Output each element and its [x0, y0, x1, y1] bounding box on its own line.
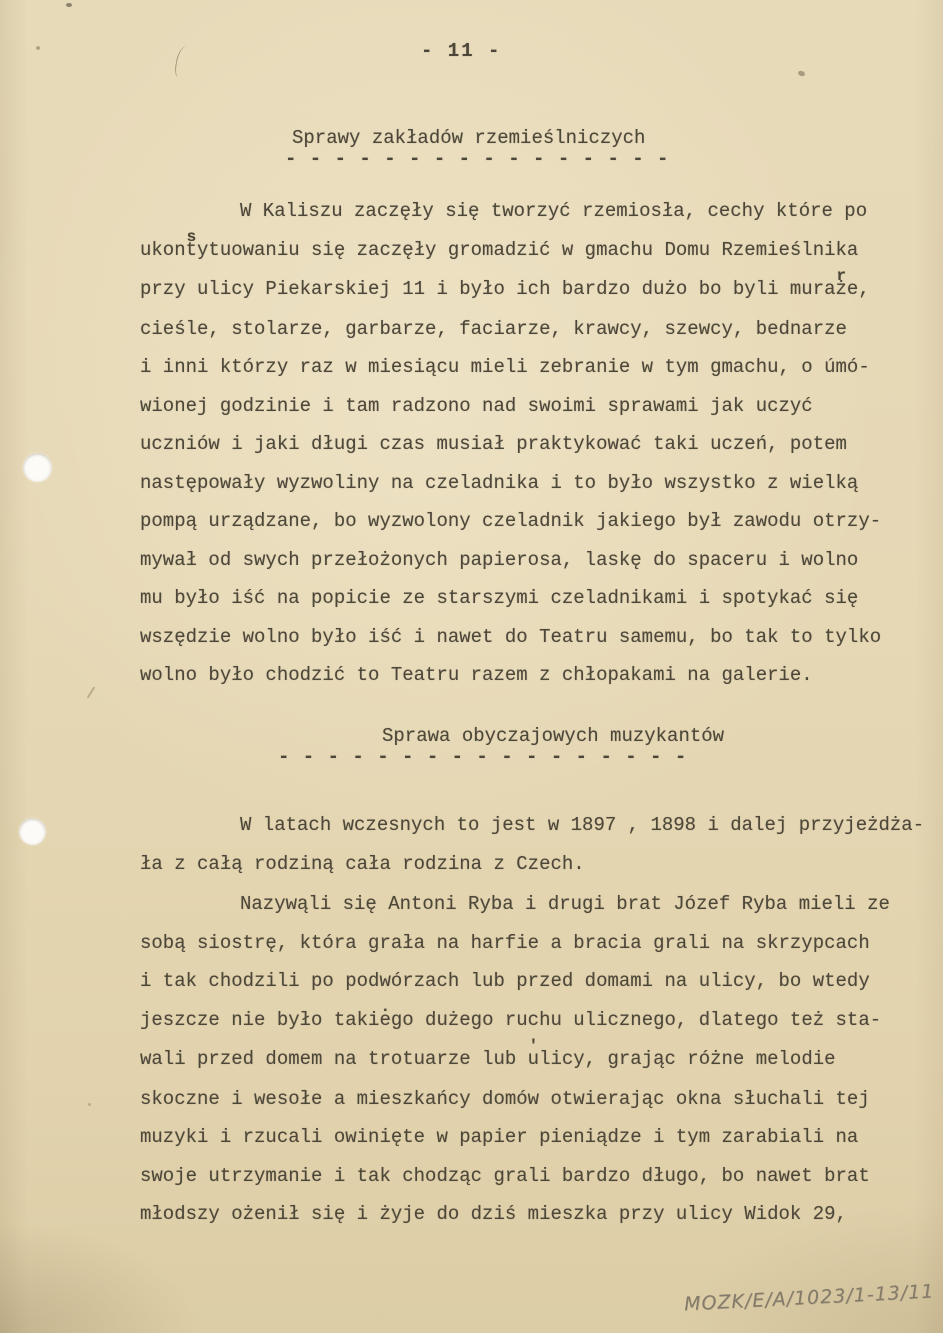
paper-speck	[66, 3, 72, 7]
paper-speck	[36, 46, 40, 50]
text-line: ła z całą rodziną cała rodzina z Czech.	[140, 845, 924, 884]
paragraph: Nazywąli się Antoni Ryba i drugi brat Jó…	[140, 885, 890, 1234]
text-line: sobą siostrę, która grała na harfie a br…	[140, 924, 890, 963]
punch-hole-bottom	[19, 818, 46, 845]
text-line: wolno było chodzić to Teatru razem z chł…	[140, 656, 881, 695]
text-line: wszędzie wolno było iść i nawet do Teatr…	[140, 618, 881, 657]
text-line: ukonstytuowaniu się zaczęły gromadzić w …	[140, 231, 881, 271]
text-line: cieśle, stolarze, garbarze, faciarze, kr…	[140, 310, 881, 349]
text-line: Nazywąli się Antoni Ryba i drugi brat Jó…	[140, 885, 890, 924]
text-line: W Kaliszu zaczęły się tworzyć rzemiosła,…	[140, 192, 881, 231]
paper-speck	[88, 1103, 91, 1106]
section-heading: Sprawy zakładów rzemieślniczych	[292, 126, 645, 150]
text-line: mu było iść na popicie ze starszymi czel…	[140, 579, 881, 618]
text-line: W latach wczesnych to jest w 1897 , 1898…	[140, 806, 924, 845]
section-heading: Sprawa obyczajowych muzykantów	[382, 724, 724, 748]
heading-underline: - - - - - - - - - - - - - - - -	[285, 150, 669, 168]
text-line: mywał od swych przełożonych papierosa, l…	[140, 541, 881, 580]
text-line: młodszy ożenił się i żyje do dziś mieszk…	[140, 1195, 890, 1234]
text-line: wali przed domem na trotuarze lub 'ulicy…	[140, 1040, 890, 1080]
text-line: wionej godzinie i tam radzono nad swoimi…	[140, 387, 881, 426]
text-line: uczniów i jaki długi czas musiał praktyk…	[140, 425, 881, 464]
document-content: Sprawy zakładów rzemieślniczych- - - - -…	[140, 0, 943, 1333]
text-line: i inni którzy raz w miesiącu mieli zebra…	[140, 348, 881, 387]
scratch-mark	[87, 686, 96, 698]
text-line: i tak chodzili po podwórzach lub przed d…	[140, 962, 890, 1001]
text-line: swoje utrzymanie i tak chodząc grali bar…	[140, 1157, 890, 1196]
document-page: - 11 - Sprawy zakładów rzemieślniczych- …	[0, 0, 943, 1333]
punch-hole-top	[23, 453, 52, 482]
paragraph: W latach wczesnych to jest w 1897 , 1898…	[140, 806, 924, 883]
text-line: muzyki i rzucali owinięte w papier pieni…	[140, 1118, 890, 1157]
text-line: skoczne i wesołe a mieszkańcy domów otwi…	[140, 1080, 890, 1119]
text-line: jeszcze nie było taki.ego dużego ruchu u…	[140, 1001, 890, 1041]
heading-underline: - - - - - - - - - - - - - - - - -	[278, 748, 687, 766]
text-line: przy ulicy Piekarskiej 11 i było ich bar…	[140, 270, 881, 310]
paragraph: W Kaliszu zaczęły się tworzyć rzemiosła,…	[140, 192, 881, 695]
text-line: pompą urządzane, bo wyzwolony czeladnik …	[140, 502, 881, 541]
text-line: następowały wyzwoliny na czeladnika i to…	[140, 464, 881, 503]
